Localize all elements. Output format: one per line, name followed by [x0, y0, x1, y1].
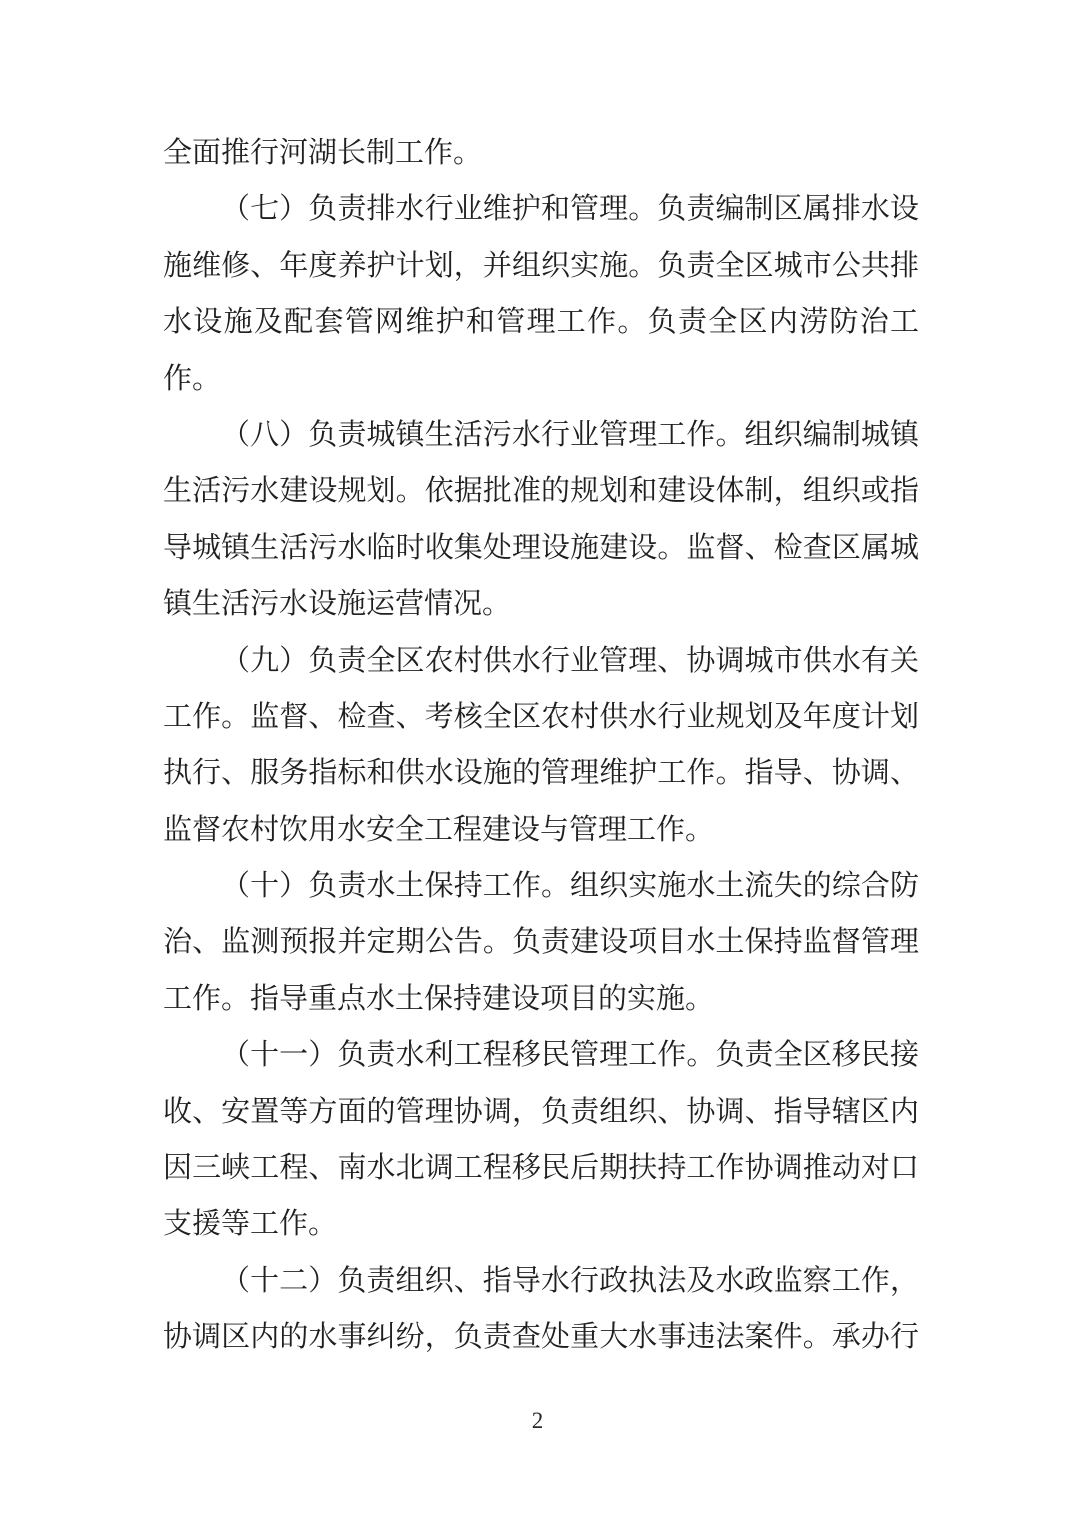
text-line: 收、安置等方面的管理协调，负责组织、协调、指导辖区内	[163, 1084, 919, 1140]
text-line: 导城镇生活污水临时收集处理设施建设。监督、检查区属城	[163, 520, 919, 576]
text-line: （七）负责排水行业维护和管理。负责编制区属排水设	[163, 181, 919, 237]
page-footer: 2	[0, 1408, 1075, 1434]
text-line: 因三峡工程、南水北调工程移民后期扶持工作协调推动对口	[163, 1140, 919, 1196]
paragraph: （十）负责水土保持工作。组织实施水土流失的综合防治、监测预报并定期公告。负责建设…	[163, 858, 919, 1027]
text-line: （十）负责水土保持工作。组织实施水土流失的综合防	[163, 858, 919, 914]
text-line: （十一）负责水利工程移民管理工作。负责全区移民接	[163, 1027, 919, 1083]
paragraph: （九）负责全区农村供水行业管理、协调城市供水有关工作。监督、检查、考核全区农村供…	[163, 633, 919, 859]
page-number: 2	[532, 1408, 544, 1433]
text-line: 工作。监督、检查、考核全区农村供水行业规划及年度计划	[163, 689, 919, 745]
paragraph: （十二）负责组织、指导水行政执法及水政监察工作，协调区内的水事纠纷，负责查处重大…	[163, 1253, 919, 1366]
text-line: （九）负责全区农村供水行业管理、协调城市供水有关	[163, 633, 919, 689]
paragraph: （十一）负责水利工程移民管理工作。负责全区移民接收、安置等方面的管理协调，负责组…	[163, 1027, 919, 1253]
text-line: （十二）负责组织、指导水行政执法及水政监察工作，	[163, 1253, 919, 1309]
text-line: 治、监测预报并定期公告。负责建设项目水土保持监督管理	[163, 914, 919, 970]
text-line: 协调区内的水事纠纷，负责查处重大水事违法案件。承办行	[163, 1309, 919, 1365]
text-line: 作。	[163, 351, 919, 407]
text-line: 镇生活污水设施运营情况。	[163, 576, 919, 632]
text-line: 执行、服务指标和供水设施的管理维护工作。指导、协调、	[163, 745, 919, 801]
text-line: 监督农村饮用水安全工程建设与管理工作。	[163, 802, 919, 858]
text-line: （八）负责城镇生活污水行业管理工作。组织编制城镇	[163, 407, 919, 463]
paragraph: （八）负责城镇生活污水行业管理工作。组织编制城镇生活污水建设规划。依据批准的规划…	[163, 407, 919, 633]
text-line: 支援等工作。	[163, 1196, 919, 1252]
document-page: 全面推行河湖长制工作。（七）负责排水行业维护和管理。负责编制区属排水设施维修、年…	[0, 0, 1075, 1520]
paragraph: 全面推行河湖长制工作。	[163, 125, 919, 181]
text-line: 工作。指导重点水土保持建设项目的实施。	[163, 971, 919, 1027]
text-line: 生活污水建设规划。依据批准的规划和建设体制，组织或指	[163, 463, 919, 519]
text-line: 水设施及配套管网维护和管理工作。负责全区内涝防治工	[163, 294, 919, 350]
document-body: 全面推行河湖长制工作。（七）负责排水行业维护和管理。负责编制区属排水设施维修、年…	[163, 125, 919, 1366]
text-line: 施维修、年度养护计划，并组织实施。负责全区城市公共排	[163, 238, 919, 294]
text-line: 全面推行河湖长制工作。	[163, 125, 919, 181]
paragraph: （七）负责排水行业维护和管理。负责编制区属排水设施维修、年度养护计划，并组织实施…	[163, 181, 919, 407]
